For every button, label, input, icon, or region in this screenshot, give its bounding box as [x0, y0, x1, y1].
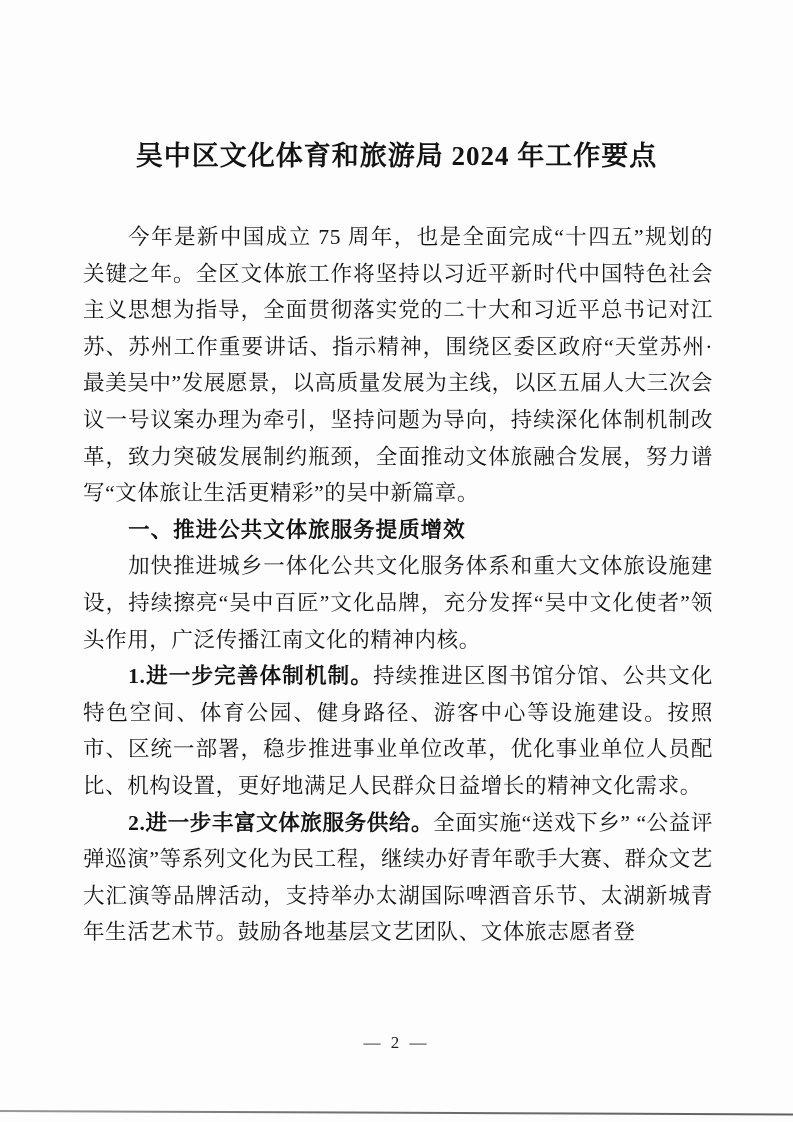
document-body: 今年是新中国成立 75 周年，也是全面完成“十四五”规划的关键之年。全区文体旅工… — [83, 219, 713, 951]
item-2-lead: 2.进一步丰富文体旅服务供给。 — [128, 811, 433, 835]
page-number: — 2 — — [0, 1033, 793, 1053]
page-title: 吴中区文化体育和旅游局 2024 年工作要点 — [0, 134, 793, 173]
document-page: 吴中区文化体育和旅游局 2024 年工作要点 今年是新中国成立 75 周年，也是… — [0, 0, 793, 1122]
intro-paragraph: 今年是新中国成立 75 周年，也是全面完成“十四五”规划的关键之年。全区文体旅工… — [83, 219, 713, 512]
scan-artifact-line — [0, 1110, 793, 1116]
item-1-lead: 1.进一步完善体制机制。 — [128, 664, 373, 688]
section1-lead-paragraph: 加快推进城乡一体化公共文化服务体系和重大文体旅设施建设，持续擦亮“吴中百匠”文化… — [83, 548, 713, 658]
section-heading-1: 一、推进公共文体旅服务提质增效 — [83, 512, 713, 549]
section1-item-1: 1.进一步完善体制机制。持续推进区图书馆分馆、公共文化特色空间、体育公园、健身路… — [83, 658, 713, 804]
section1-item-2: 2.进一步丰富文体旅服务供给。全面实施“送戏下乡” “公益评弹巡演”等系列文化为… — [83, 805, 713, 951]
